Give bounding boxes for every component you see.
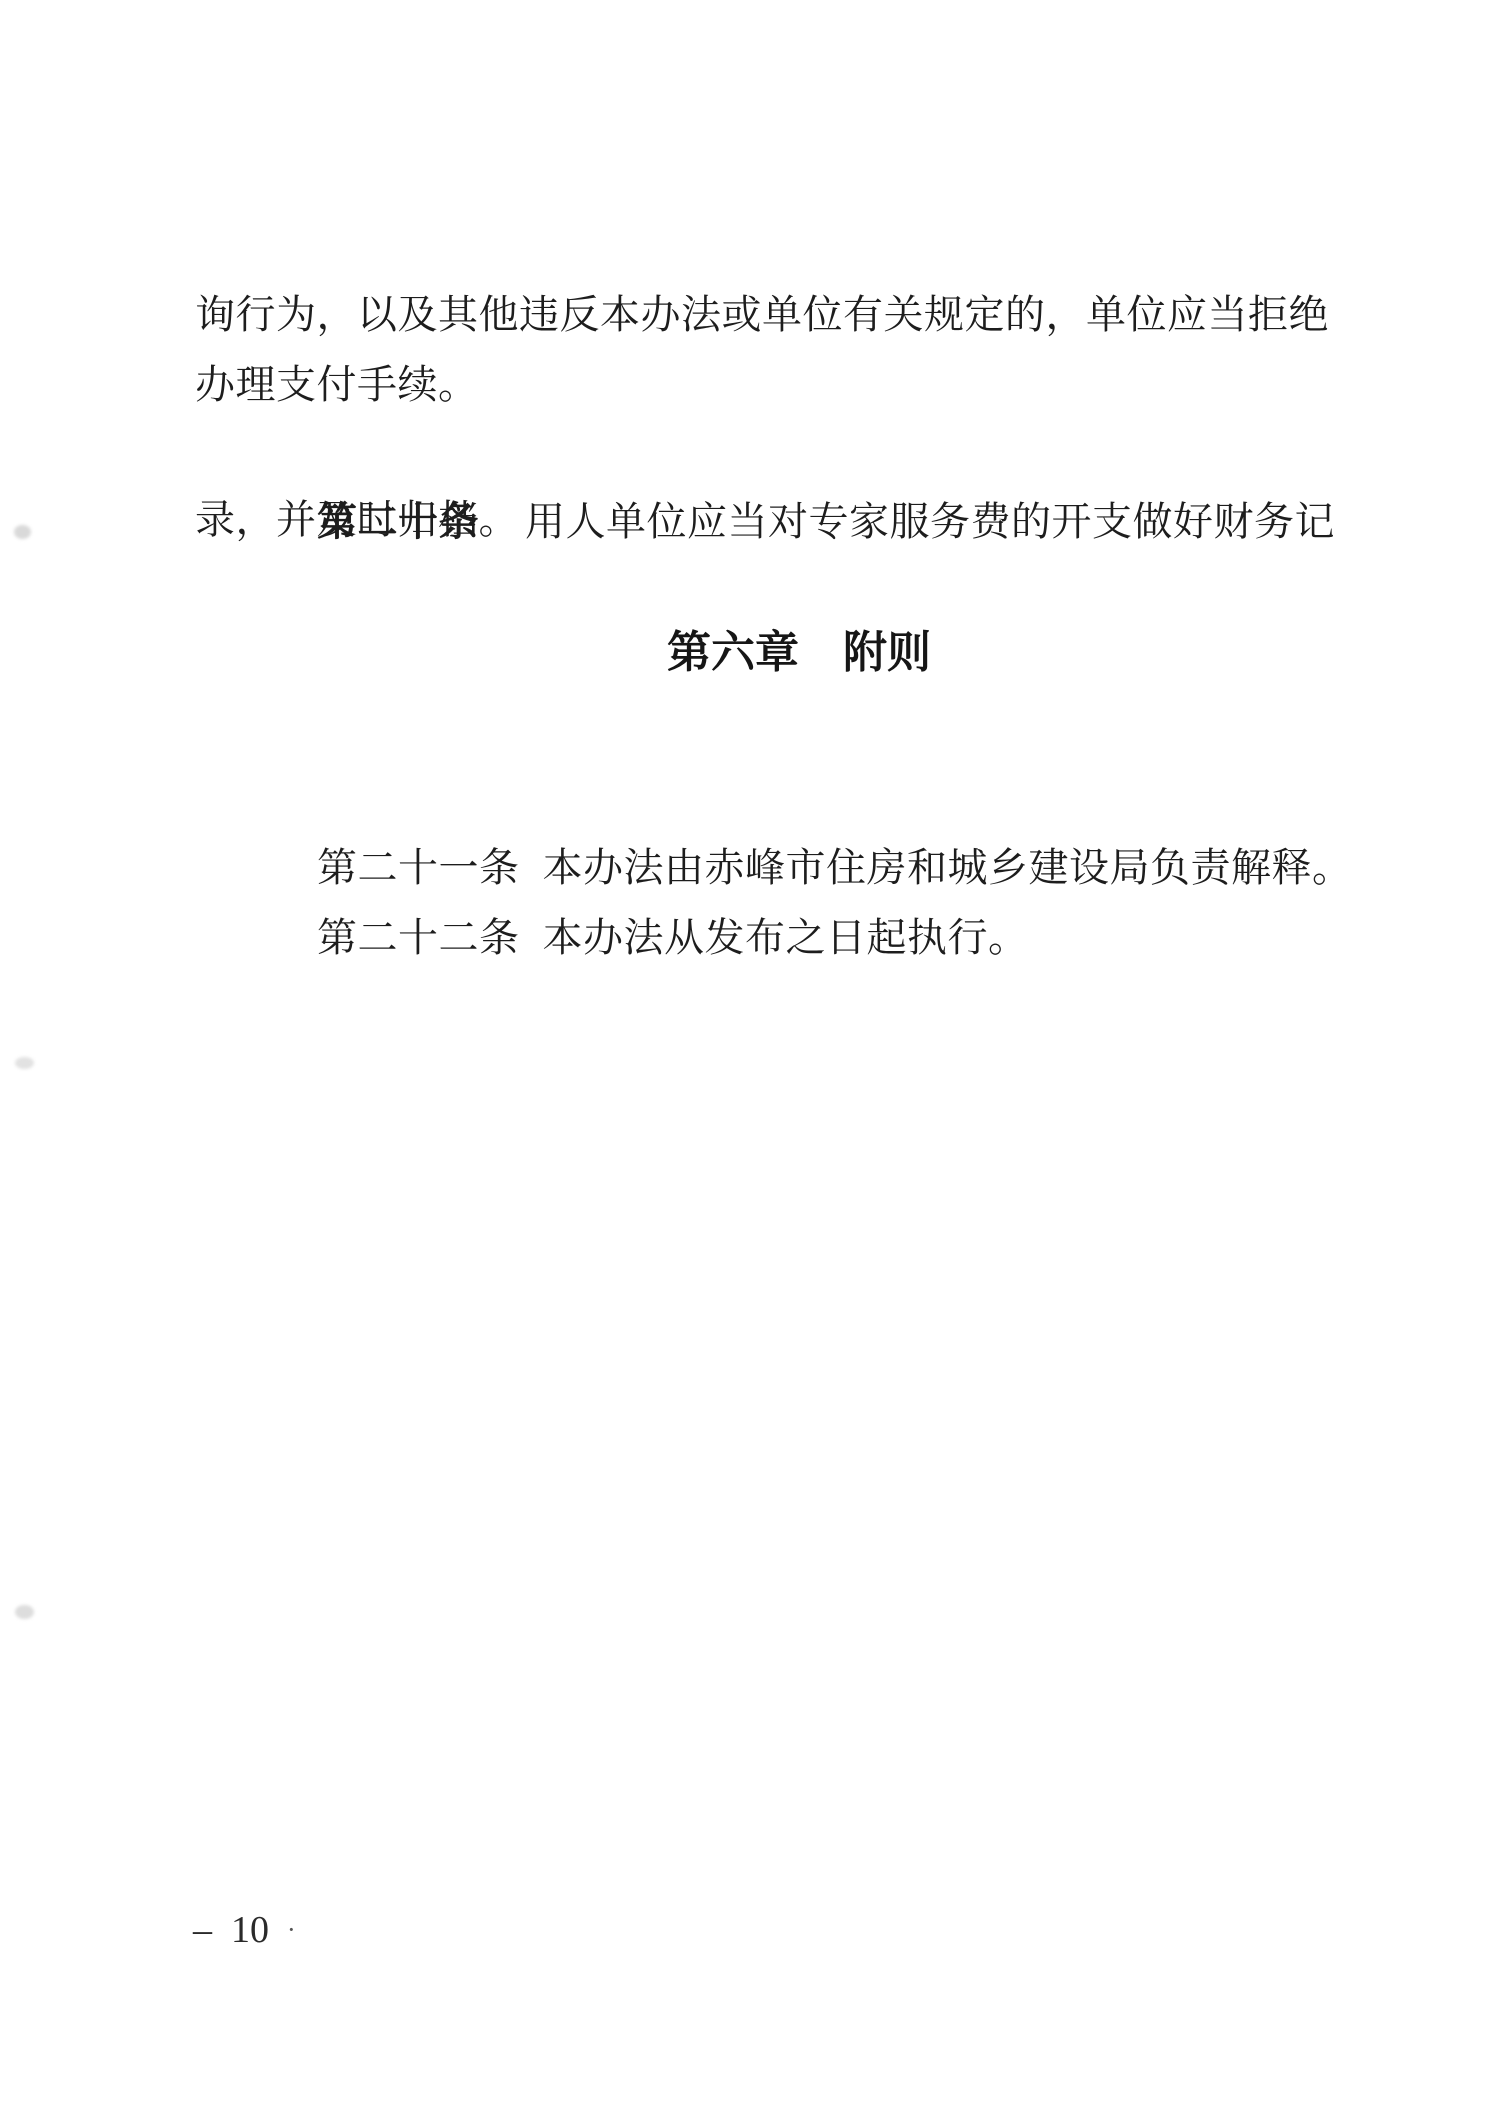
article-20-text: 用人单位应当对专家服务费的开支做好财务记 xyxy=(525,499,1335,544)
chapter-6-heading: 第六章 附则 xyxy=(667,618,931,688)
paragraph-continuation-line-1: 询行为，以及其他违反本办法或单位有关规定的，单位应当拒绝 xyxy=(195,280,1329,350)
article-21-line: 第二十一条本办法由赤峰市住房和城乡建设局负责解释。 xyxy=(275,763,1353,833)
article-22-line: 第二十二条本办法从发布之日起执行。 xyxy=(275,833,1029,903)
article-20-line-2: 录，并及时归档。 xyxy=(195,485,519,555)
footer-dot: · xyxy=(287,1915,296,1945)
scan-artifact xyxy=(15,1057,34,1069)
scan-artifact xyxy=(15,1605,34,1619)
scan-artifact xyxy=(14,525,31,539)
article-22-term: 第二十二条 xyxy=(317,915,520,960)
article-22-text: 本办法从发布之日起执行。 xyxy=(543,915,1029,960)
footer-dash: – xyxy=(193,1908,212,1952)
article-20-line-1: 第二十条用人单位应当对专家服务费的开支做好财务记 xyxy=(275,417,1335,487)
footer-page-number: 10 xyxy=(231,1908,269,1952)
document-page: 询行为，以及其他违反本办法或单位有关规定的，单位应当拒绝 办理支付手续。 第二十… xyxy=(0,0,1488,2104)
chapter-6-title: 附则 xyxy=(843,618,931,688)
paragraph-continuation-line-2: 办理支付手续。 xyxy=(195,350,479,420)
chapter-6-label: 第六章 xyxy=(667,618,799,688)
page-number-footer: – 10 · xyxy=(193,1908,296,1952)
